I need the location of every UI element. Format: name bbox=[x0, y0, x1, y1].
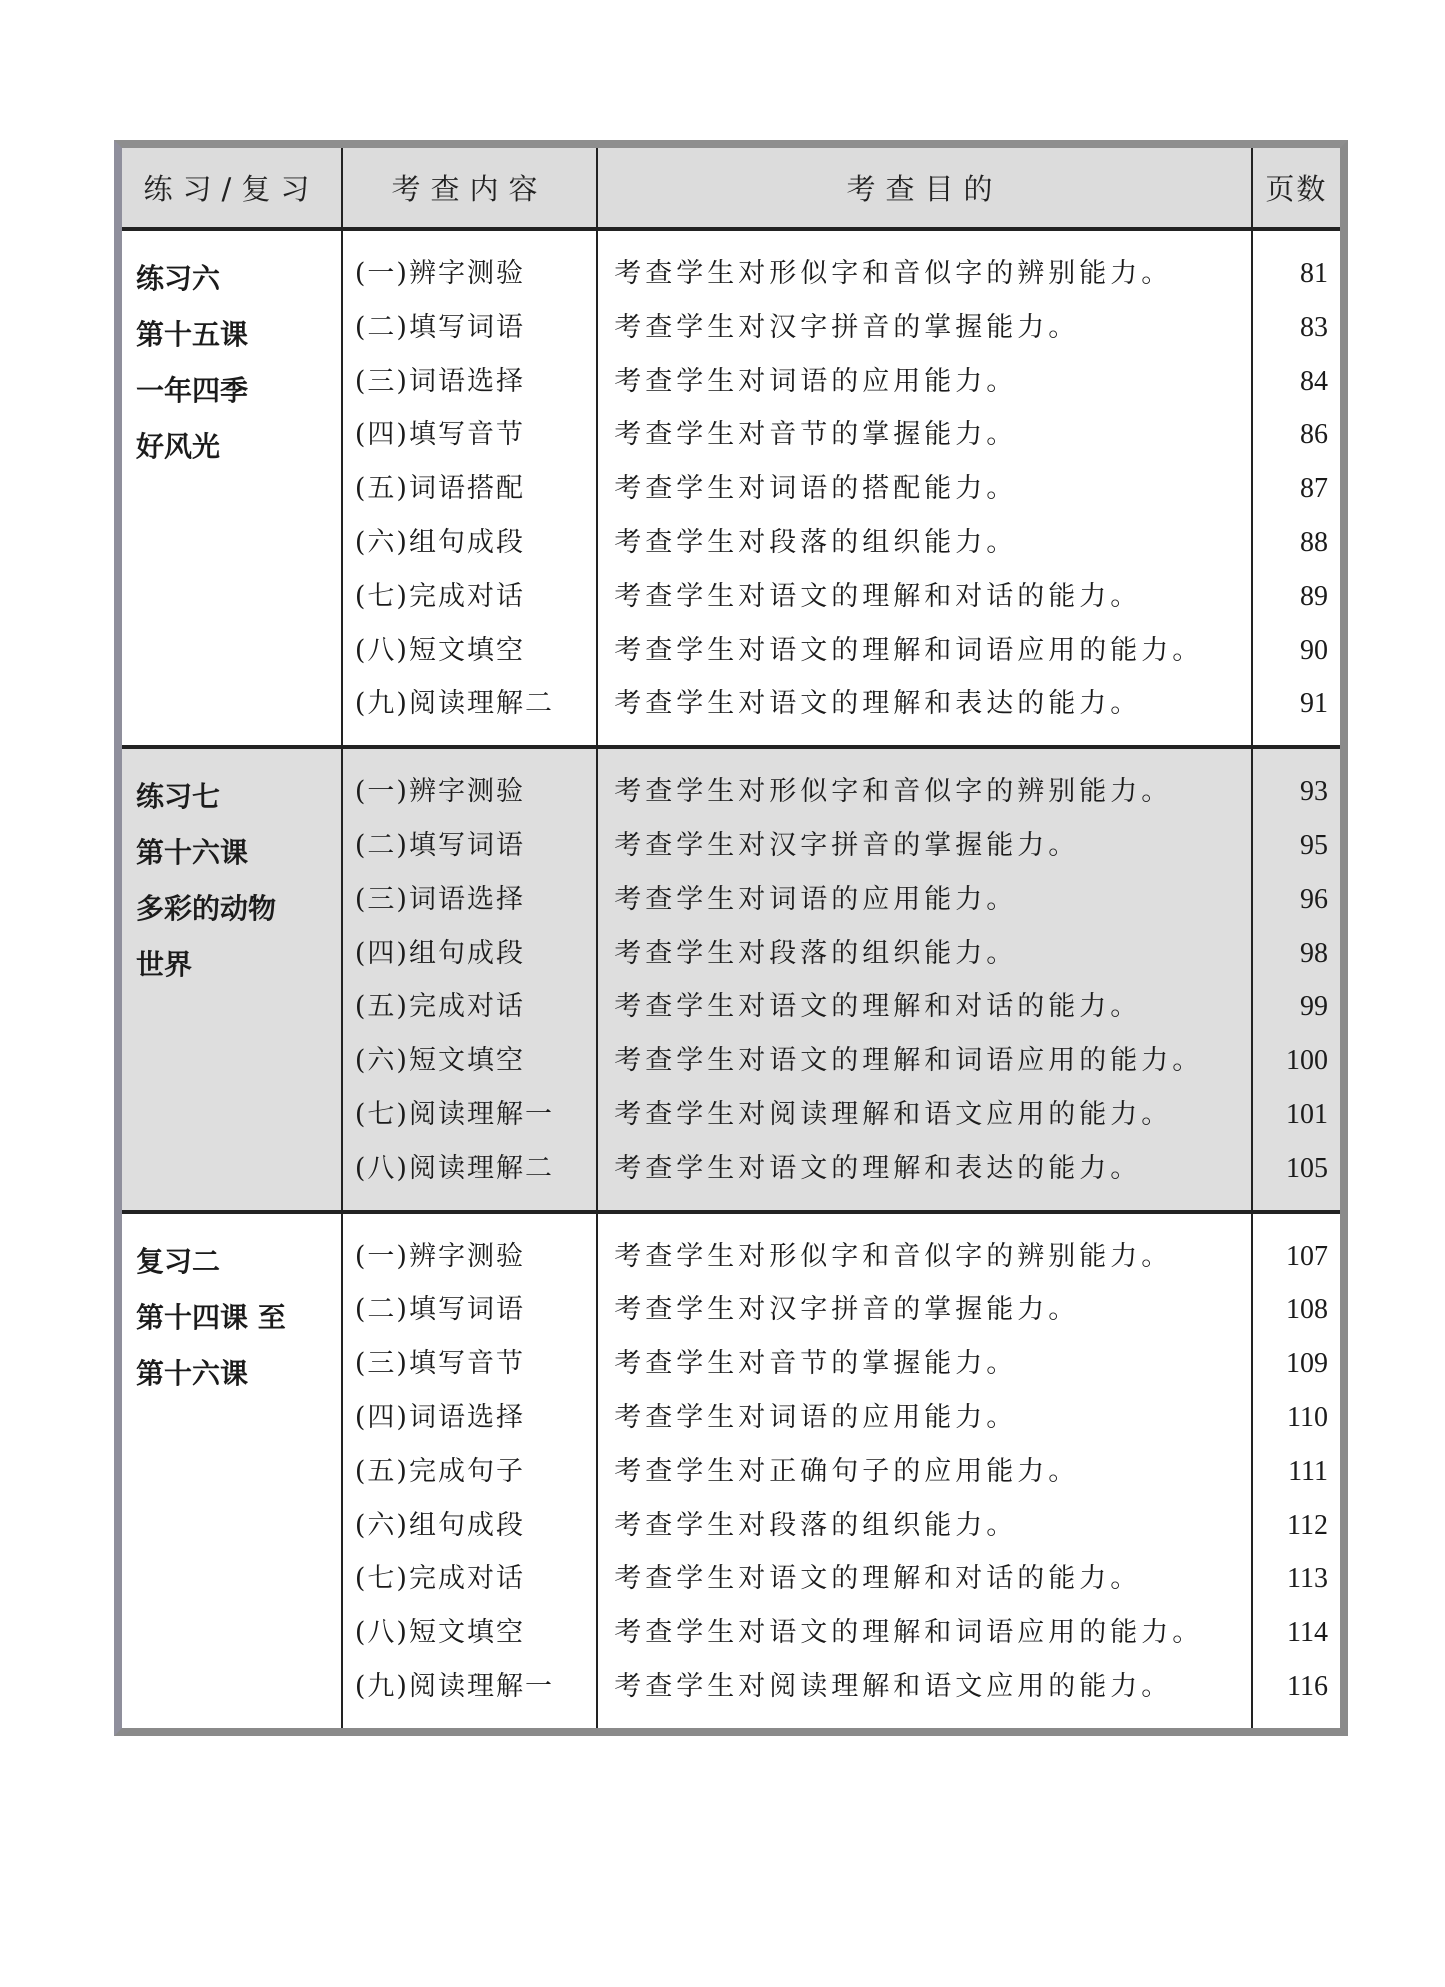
exercise-content: (七)完成对话 bbox=[343, 1552, 596, 1606]
page-number: 90 bbox=[1253, 624, 1340, 678]
exercise-purpose: 考查学生对阅读理解和语文应用的能力。 bbox=[598, 1660, 1251, 1714]
exercise-content: (九)阅读理解二 bbox=[343, 677, 596, 731]
exercise-content: (四)组句成段 bbox=[343, 927, 596, 981]
exercise-content: (五)完成句子 bbox=[343, 1445, 596, 1499]
page-cell: 107108109110111112113114116 bbox=[1252, 1212, 1340, 1728]
exercise-purpose: 考查学生对阅读理解和语文应用的能力。 bbox=[598, 1088, 1251, 1142]
page-number: 111 bbox=[1253, 1445, 1340, 1499]
content-cell: (一)辨字测验(二)填写词语(三)填写音节(四)词语选择(五)完成句子(六)组句… bbox=[342, 1212, 597, 1728]
lesson-title: 复习二第十四课 至第十六课 bbox=[122, 1214, 341, 1402]
page-number: 84 bbox=[1253, 355, 1340, 409]
page-number: 114 bbox=[1253, 1606, 1340, 1660]
lesson-title-line: 第十四课 至 bbox=[136, 1290, 341, 1346]
exercise-purpose: 考查学生对形似字和音似字的辨别能力。 bbox=[598, 765, 1251, 819]
table-section: 练习六第十五课一年四季好风光 (一)辨字测验(二)填写词语(三)词语选择(四)填… bbox=[122, 229, 1340, 747]
page-number: 93 bbox=[1253, 765, 1340, 819]
exercise-content: (八)短文填空 bbox=[343, 624, 596, 678]
lesson-title-line: 第十六课 bbox=[136, 1346, 341, 1402]
exercise-content: (三)词语选择 bbox=[343, 873, 596, 927]
lesson-title-line: 一年四季 bbox=[136, 363, 341, 419]
exercise-content: (二)填写词语 bbox=[343, 301, 596, 355]
lesson-cell: 练习六第十五课一年四季好风光 bbox=[122, 229, 342, 747]
page-number: 98 bbox=[1253, 927, 1340, 981]
content-cell: (一)辨字测验(二)填写词语(三)词语选择(四)填写音节(五)词语搭配(六)组句… bbox=[342, 229, 597, 747]
header-page: 页数 bbox=[1252, 148, 1340, 229]
page-cell: 9395969899100101105 bbox=[1252, 747, 1340, 1211]
exercise-purpose: 考查学生对语文的理解和对话的能力。 bbox=[598, 570, 1251, 624]
exercise-purpose: 考查学生对语文的理解和对话的能力。 bbox=[598, 980, 1251, 1034]
exercise-table-frame: 练习/复习 考查内容 考查目的 页数 练习六第十五课一年四季好风光 (一)辨字测… bbox=[114, 140, 1348, 1736]
exercise-content: (四)填写音节 bbox=[343, 408, 596, 462]
header-content: 考查内容 bbox=[342, 148, 597, 229]
lesson-title: 练习六第十五课一年四季好风光 bbox=[122, 231, 341, 475]
lesson-cell: 练习七第十六课多彩的动物世界 bbox=[122, 747, 342, 1211]
lesson-title-line: 世界 bbox=[136, 937, 341, 993]
page-number: 107 bbox=[1253, 1230, 1340, 1284]
exercise-purpose: 考查学生对词语的应用能力。 bbox=[598, 873, 1251, 927]
exercise-purpose: 考查学生对语文的理解和词语应用的能力。 bbox=[598, 1606, 1251, 1660]
exercise-content: (一)辨字测验 bbox=[343, 247, 596, 301]
lesson-title-line: 多彩的动物 bbox=[136, 881, 341, 937]
page-number: 105 bbox=[1253, 1142, 1340, 1196]
exercise-purpose: 考查学生对语文的理解和词语应用的能力。 bbox=[598, 1034, 1251, 1088]
exercise-purpose: 考查学生对语文的理解和表达的能力。 bbox=[598, 677, 1251, 731]
exercise-content: (八)短文填空 bbox=[343, 1606, 596, 1660]
exercise-content: (六)短文填空 bbox=[343, 1034, 596, 1088]
page-cell: 818384868788899091 bbox=[1252, 229, 1340, 747]
page-number: 81 bbox=[1253, 247, 1340, 301]
exercise-content: (九)阅读理解一 bbox=[343, 1660, 596, 1714]
lesson-title-line: 练习六 bbox=[136, 251, 341, 307]
exercise-purpose: 考查学生对段落的组织能力。 bbox=[598, 516, 1251, 570]
page-number: 86 bbox=[1253, 408, 1340, 462]
exercise-purpose: 考查学生对汉字拼音的掌握能力。 bbox=[598, 301, 1251, 355]
exercise-content: (六)组句成段 bbox=[343, 1499, 596, 1553]
table-header-row: 练习/复习 考查内容 考查目的 页数 bbox=[122, 148, 1340, 229]
page-number: 88 bbox=[1253, 516, 1340, 570]
exercise-purpose: 考查学生对词语的应用能力。 bbox=[598, 355, 1251, 409]
purpose-cell: 考查学生对形似字和音似字的辨别能力。考查学生对汉字拼音的掌握能力。考查学生对词语… bbox=[597, 747, 1252, 1211]
page-number: 96 bbox=[1253, 873, 1340, 927]
page-number: 116 bbox=[1253, 1660, 1340, 1714]
exercise-content: (六)组句成段 bbox=[343, 516, 596, 570]
exercise-purpose: 考查学生对语文的理解和表达的能力。 bbox=[598, 1142, 1251, 1196]
table-section: 练习七第十六课多彩的动物世界 (一)辨字测验(二)填写词语(三)词语选择(四)组… bbox=[122, 747, 1340, 1211]
page-number: 113 bbox=[1253, 1552, 1340, 1606]
exercise-purpose: 考查学生对词语的应用能力。 bbox=[598, 1391, 1251, 1445]
exercise-purpose: 考查学生对正确句子的应用能力。 bbox=[598, 1445, 1251, 1499]
exercise-content: (二)填写词语 bbox=[343, 819, 596, 873]
exercise-purpose: 考查学生对形似字和音似字的辨别能力。 bbox=[598, 247, 1251, 301]
exercise-content: (八)阅读理解二 bbox=[343, 1142, 596, 1196]
page-number: 87 bbox=[1253, 462, 1340, 516]
page-number: 101 bbox=[1253, 1088, 1340, 1142]
exercise-purpose: 考查学生对汉字拼音的掌握能力。 bbox=[598, 1283, 1251, 1337]
exercise-purpose: 考查学生对汉字拼音的掌握能力。 bbox=[598, 819, 1251, 873]
exercise-purpose: 考查学生对音节的掌握能力。 bbox=[598, 408, 1251, 462]
exercise-content: (三)填写音节 bbox=[343, 1337, 596, 1391]
page-number: 110 bbox=[1253, 1391, 1340, 1445]
page-number: 91 bbox=[1253, 677, 1340, 731]
exercise-content: (七)阅读理解一 bbox=[343, 1088, 596, 1142]
exercise-content: (一)辨字测验 bbox=[343, 1230, 596, 1284]
purpose-cell: 考查学生对形似字和音似字的辨别能力。考查学生对汉字拼音的掌握能力。考查学生对音节… bbox=[597, 1212, 1252, 1728]
page-number: 95 bbox=[1253, 819, 1340, 873]
exercise-content: (七)完成对话 bbox=[343, 570, 596, 624]
table-section: 复习二第十四课 至第十六课 (一)辨字测验(二)填写词语(三)填写音节(四)词语… bbox=[122, 1212, 1340, 1728]
lesson-title-line: 第十五课 bbox=[136, 307, 341, 363]
exercise-content: (三)词语选择 bbox=[343, 355, 596, 409]
exercise-content: (五)完成对话 bbox=[343, 980, 596, 1034]
page-number: 89 bbox=[1253, 570, 1340, 624]
lesson-title-line: 练习七 bbox=[136, 769, 341, 825]
lesson-title: 练习七第十六课多彩的动物世界 bbox=[122, 749, 341, 993]
page-number: 83 bbox=[1253, 301, 1340, 355]
purpose-cell: 考查学生对形似字和音似字的辨别能力。考查学生对汉字拼音的掌握能力。考查学生对词语… bbox=[597, 229, 1252, 747]
page-number: 109 bbox=[1253, 1337, 1340, 1391]
exercise-purpose: 考查学生对音节的掌握能力。 bbox=[598, 1337, 1251, 1391]
exercise-content: (一)辨字测验 bbox=[343, 765, 596, 819]
page-number: 112 bbox=[1253, 1499, 1340, 1553]
exercise-purpose: 考查学生对段落的组织能力。 bbox=[598, 1499, 1251, 1553]
exercise-content: (五)词语搭配 bbox=[343, 462, 596, 516]
lesson-cell: 复习二第十四课 至第十六课 bbox=[122, 1212, 342, 1728]
lesson-title-line: 好风光 bbox=[136, 419, 341, 475]
exercise-purpose: 考查学生对形似字和音似字的辨别能力。 bbox=[598, 1230, 1251, 1284]
exercise-purpose: 考查学生对语文的理解和对话的能力。 bbox=[598, 1552, 1251, 1606]
header-purpose: 考查目的 bbox=[597, 148, 1252, 229]
exercise-overview-table: 练习/复习 考查内容 考查目的 页数 练习六第十五课一年四季好风光 (一)辨字测… bbox=[122, 148, 1340, 1728]
page-number: 100 bbox=[1253, 1034, 1340, 1088]
page-number: 108 bbox=[1253, 1283, 1340, 1337]
lesson-title-line: 复习二 bbox=[136, 1234, 341, 1290]
exercise-content: (二)填写词语 bbox=[343, 1283, 596, 1337]
exercise-purpose: 考查学生对段落的组织能力。 bbox=[598, 927, 1251, 981]
header-exercise-review: 练习/复习 bbox=[122, 148, 342, 229]
exercise-content: (四)词语选择 bbox=[343, 1391, 596, 1445]
lesson-title-line: 第十六课 bbox=[136, 825, 341, 881]
exercise-purpose: 考查学生对词语的搭配能力。 bbox=[598, 462, 1251, 516]
content-cell: (一)辨字测验(二)填写词语(三)词语选择(四)组句成段(五)完成对话(六)短文… bbox=[342, 747, 597, 1211]
page-number: 99 bbox=[1253, 980, 1340, 1034]
exercise-purpose: 考查学生对语文的理解和词语应用的能力。 bbox=[598, 624, 1251, 678]
